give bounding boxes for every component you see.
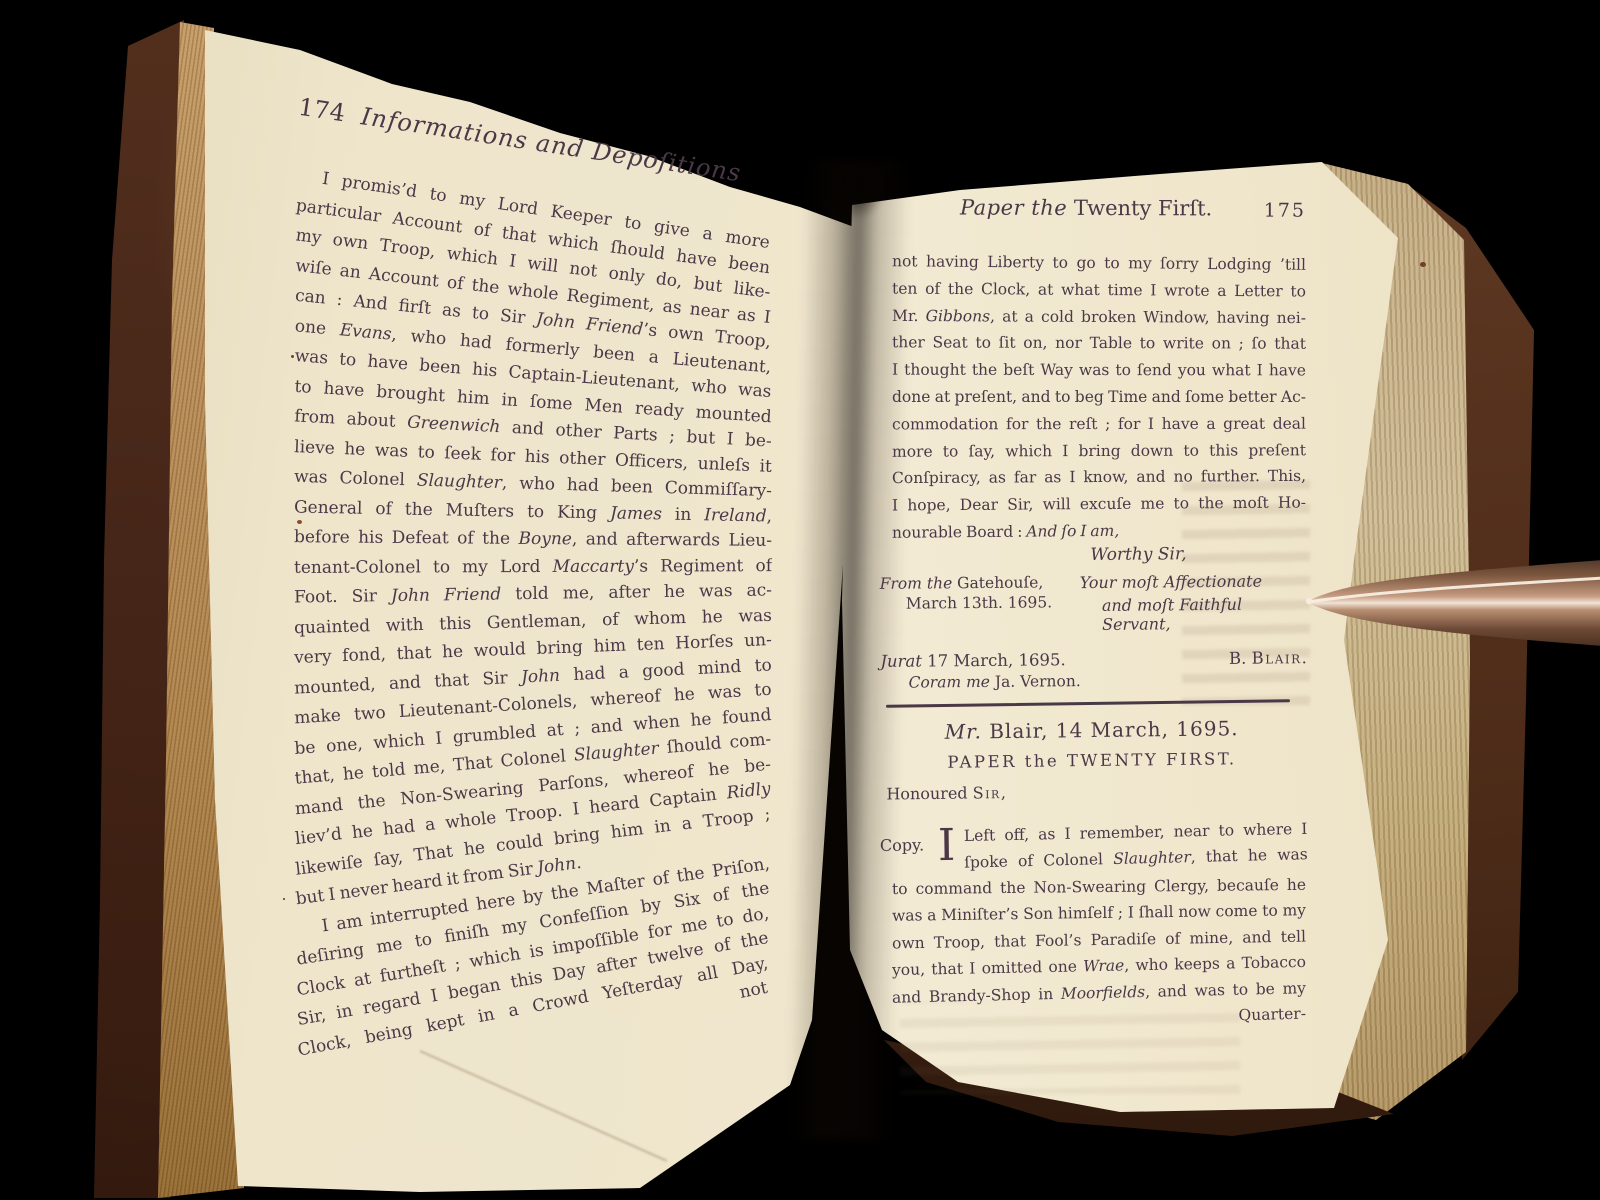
- jurat-line: Jurat 17 March, 1695.: [880, 650, 1065, 671]
- valediction-line-2: and moſt Faithful Servant,: [1080, 594, 1308, 634]
- letter-closing: Worthy Sir, From the Gatehouſe, March 13…: [879, 543, 1308, 692]
- copy-margin-note: Copy.: [880, 822, 937, 875]
- coram-line: Coram me Ja. Vernon.: [880, 670, 1308, 692]
- copy-dropcap-row: Copy. I Left off, as I remember, near to…: [880, 817, 1309, 875]
- pointer-tip-glint: [1306, 598, 1312, 604]
- text-line: Conſpiracy, as far as I know, and no fur…: [892, 463, 1306, 492]
- jurat-row: Jurat 17 March, 1695. B. Blair.: [880, 648, 1308, 671]
- text-line: nourable Board : And ſo I am,: [892, 516, 1306, 546]
- drop-cap: I: [936, 822, 965, 874]
- text-line: Mr. Gibbons, at a cold broken Window, ha…: [892, 303, 1306, 332]
- dropcap-intro-lines: Left off, as I remember, near to where I…: [964, 817, 1308, 874]
- page-number-175: 175: [1264, 200, 1306, 222]
- text-line: not having Liberty to go to my ſorry Lod…: [892, 248, 1306, 278]
- letter-heading-paper: PAPER the TWENTY FIRST.: [886, 748, 1298, 772]
- text-line: done at preſent, and to beg Time and ſom…: [892, 384, 1306, 411]
- closing-row: From the Gatehouſe, March 13th. 1695. Yo…: [880, 571, 1309, 636]
- closing-place-date: From the Gatehouſe, March 13th. 1695.: [880, 573, 1071, 636]
- photo-scene: 174 Informations and Depoſitions I promi…: [0, 0, 1600, 1200]
- date-line: March 13th. 1695.: [880, 593, 1070, 613]
- text-line: before his Defeat of the Boyne, and afte…: [294, 524, 772, 555]
- text-line: more to ſay, which I bring down to this …: [892, 437, 1306, 465]
- closing-valediction: Your moſt Affectionate and moſt Faithful…: [1080, 571, 1309, 634]
- text-line: commodation for the reſt ; for I have a …: [892, 410, 1306, 438]
- gutter-top-shadow: [828, 168, 886, 220]
- text-line: ten of the Clock, at what time I wrote a…: [892, 275, 1306, 305]
- left-page-text-block: I promis’d to my Lord Keeper to give a m…: [294, 196, 772, 1049]
- text-line: ther Seat to ſit on, nor Table to write …: [892, 330, 1306, 358]
- text-line: I thought the beſt Way was to ſend you w…: [892, 357, 1306, 385]
- closing-salute: Worthy Sir,: [879, 543, 1307, 567]
- right-page-section2-text: to command the Non-Swearing Clergy, beca…: [892, 874, 1306, 1032]
- stain-speck: [1420, 262, 1426, 267]
- running-title-right: Paper the Twenty Firſt.: [960, 196, 1212, 221]
- valediction-line-1: Your moſt Affectionate: [1080, 571, 1308, 592]
- place-line: From the Gatehouſe,: [880, 573, 1070, 593]
- letter-heading-date: Mr. Blair, 14 March, 1695.: [886, 715, 1298, 744]
- ink-speck: [283, 898, 285, 900]
- metal-pointer: [1292, 538, 1600, 666]
- text-line: I hope, Dear Sir, will excuſe me to the …: [892, 490, 1306, 520]
- letter-heading: Mr. Blair, 14 March, 1695. PAPER the TWE…: [886, 715, 1299, 803]
- running-head-right: Paper the Twenty Firſt. 175: [892, 195, 1306, 220]
- text-line: tenant-Colonel to my Lord Maccarty’s Reg…: [294, 553, 772, 582]
- right-page-paragraph: not having Liberty to go to my ſorry Lod…: [892, 250, 1306, 545]
- pointer-body: [1306, 560, 1600, 646]
